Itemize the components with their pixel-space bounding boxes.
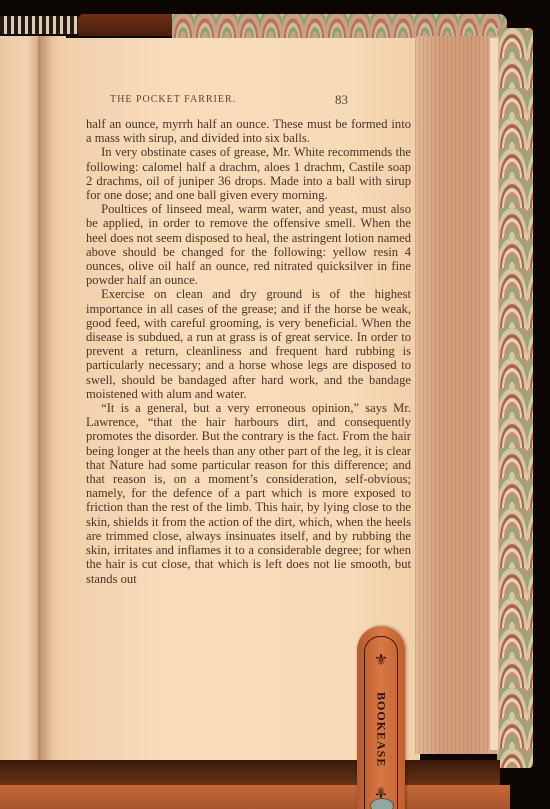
running-head: THE POCKET FARRIER. <box>110 94 360 105</box>
page-block-edges <box>415 36 499 754</box>
book-headband <box>0 16 78 34</box>
page-block-edge-highlight <box>490 38 498 750</box>
shelf <box>0 785 510 809</box>
marbled-edge-side <box>497 28 533 768</box>
paragraph: In very obstinate cases of grease, Mr. W… <box>86 145 411 202</box>
shelf-shadow <box>0 760 500 786</box>
paragraph: Poultices of linseed meal, warm water, a… <box>86 202 411 287</box>
paragraph: half an ounce, myrrh half an ounce. Thes… <box>86 117 411 145</box>
bookmark-label: BOOKEASE <box>357 680 405 780</box>
page-number: 83 <box>335 92 348 108</box>
paragraph: “It is a general, but a very erroneous o… <box>86 401 411 586</box>
fleur-de-lis-icon: ⚜ <box>372 650 390 670</box>
book-cover-top <box>78 14 178 36</box>
bookmark-eyelet <box>370 798 394 809</box>
paragraph: Exercise on clean and dry ground is of t… <box>86 287 411 401</box>
page-body-text: half an ounce, myrrh half an ounce. Thes… <box>86 117 411 586</box>
marbled-endpaper-top <box>172 14 507 38</box>
